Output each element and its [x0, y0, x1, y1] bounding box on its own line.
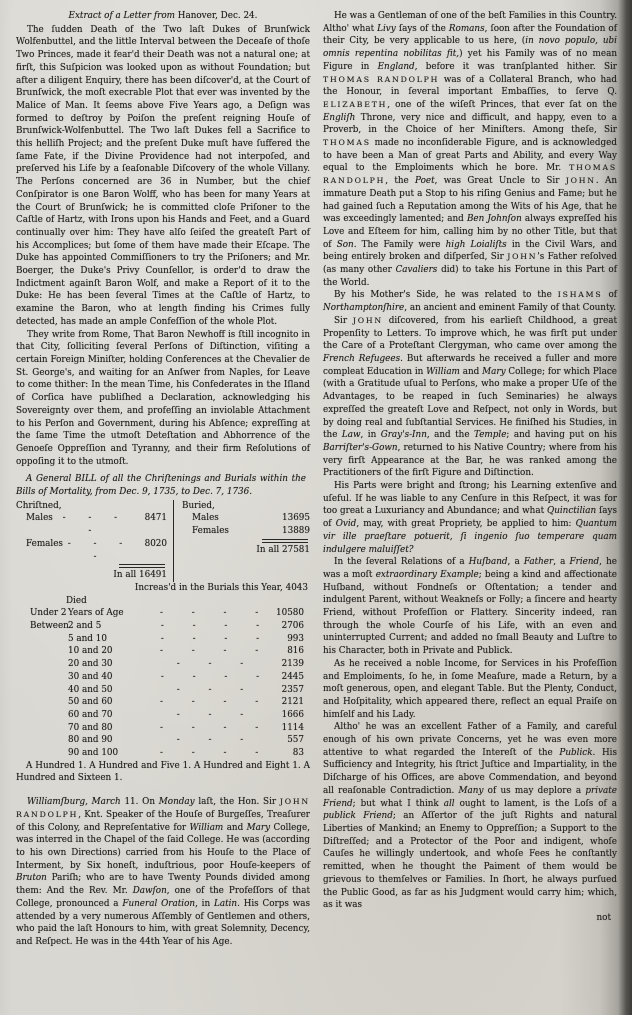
- rome-news-paragraph: They write from Rome, That Baron Newhoff…: [16, 329, 310, 469]
- table-row: Males - - - - 8471: [16, 512, 167, 537]
- page-columns: Extract of a Letter from Hanover, Dec. 2…: [16, 10, 617, 949]
- age-col1: [16, 671, 68, 684]
- row-label: Females: [16, 538, 63, 563]
- newspaper-page: Extract of a Letter from Hanover, Dec. 2…: [0, 0, 632, 1015]
- row-value: 13695: [262, 512, 310, 525]
- age-col2: 10 and 20: [68, 645, 160, 658]
- age-col1: [16, 696, 68, 709]
- table-row: Females 13889: [182, 525, 310, 538]
- died-row: 50 and 60- - - - -2121: [16, 696, 310, 709]
- catchword: not: [323, 912, 617, 925]
- williamsburg-paragraph: Williamſburg, March 11. On Monday laſt, …: [16, 796, 310, 948]
- obituary-paragraph-families: He was a Gentleman of one of the beſt Fa…: [323, 10, 617, 289]
- row-label: Males: [16, 512, 53, 537]
- row-label: Females: [182, 525, 229, 538]
- died-row: Under 2Years of Age- - - - -10580: [16, 607, 310, 620]
- row-value: 8471: [127, 512, 167, 537]
- age-col2: 2 and 5: [68, 620, 160, 633]
- obituary-paragraph-learning: His Parts were bright and ſtrong; his Le…: [323, 480, 617, 556]
- row-dashes: - - -: [160, 684, 260, 697]
- row-dashes: - - - -: [160, 633, 260, 646]
- obituary-paragraph-mothers-side: By his Mother's Side, he was related to …: [323, 289, 617, 314]
- age-col1: [16, 722, 68, 735]
- age-col1: [16, 684, 68, 697]
- right-column: He was a Gentleman of one of the beſt Fa…: [323, 10, 617, 949]
- burials-increase-line: Increas'd in the Burials this Year, 4043: [16, 582, 310, 595]
- age-col1: [16, 709, 68, 722]
- row-value: 2121: [260, 696, 310, 709]
- headline-italic-part: Extract of a Letter from: [69, 11, 178, 21]
- sum-rule: [262, 539, 308, 543]
- died-row: 5 and 10- - - -993: [16, 633, 310, 646]
- christned-label: Chriſtned,: [16, 500, 167, 513]
- row-value: 1114: [260, 722, 310, 735]
- age-col1: Between: [16, 620, 68, 633]
- age-col1: [16, 747, 68, 760]
- died-row: 30 and 40- - - -2445: [16, 671, 310, 684]
- row-value: 2357: [260, 684, 310, 697]
- row-value: 1666: [260, 709, 310, 722]
- age-col2: 90 and 100: [68, 747, 160, 760]
- row-dashes: - - - -: [53, 512, 127, 537]
- age-col2: 80 and 90: [68, 734, 160, 747]
- age-col1: [16, 645, 68, 658]
- died-row: 70 and 80- - - - -1114: [16, 722, 310, 735]
- row-value: 993: [260, 633, 310, 646]
- buried-section: Buried, Males 13695 Females 13889 In all…: [174, 500, 310, 582]
- obituary-paragraph-relations: In the ſeveral Relations of a Huſband, a…: [323, 556, 617, 658]
- christned-section: Chriſtned, Males - - - - 8471 Females - …: [16, 500, 174, 582]
- row-value: 816: [260, 645, 310, 658]
- age-col2: 50 and 60: [68, 696, 160, 709]
- row-dashes: - - - - -: [160, 747, 260, 760]
- row-value: 10580: [260, 607, 310, 620]
- headline-roman-part: Hanover, Dec. 24.: [178, 11, 258, 21]
- row-value: 2706: [260, 620, 310, 633]
- mortality-bill-heading: A General BILL of all the Chriſtenings a…: [16, 473, 310, 498]
- died-row: 90 and 100- - - - -83: [16, 747, 310, 760]
- obituary-paragraph-income: As he received a noble Income, for Servi…: [323, 658, 617, 722]
- row-dashes: - - -: [160, 709, 260, 722]
- row-spacer: [219, 512, 262, 525]
- christned-total: In all 16491: [16, 569, 167, 582]
- died-row: Between2 and 5- - - -2706: [16, 620, 310, 633]
- age-col2: Years of Age: [68, 607, 160, 620]
- row-value: 2445: [260, 671, 310, 684]
- age-col1: Under 2: [16, 607, 68, 620]
- hanover-letter-paragraph: The ſudden Death of the Two laſt Dukes o…: [16, 24, 310, 329]
- row-value: 557: [260, 734, 310, 747]
- age-col1: [16, 633, 68, 646]
- age-col2: 30 and 40: [68, 671, 160, 684]
- died-header: Died: [16, 595, 310, 608]
- row-dashes: - - - - -: [160, 607, 260, 620]
- row-spacer: [229, 525, 262, 538]
- row-dashes: - - - - -: [160, 696, 260, 709]
- row-dashes: - - - -: [63, 538, 127, 563]
- row-value: 13889: [262, 525, 310, 538]
- row-dashes: - - -: [160, 658, 260, 671]
- row-dashes: - - - - -: [160, 722, 260, 735]
- died-row: 20 and 30- - -2139: [16, 658, 310, 671]
- age-col2: 70 and 80: [68, 722, 160, 735]
- obituary-paragraph-education: Sir John diſcovered, from his earlieſt C…: [323, 315, 617, 480]
- age-col2: 20 and 30: [68, 658, 160, 671]
- age-col1: [16, 658, 68, 671]
- age-col1: [16, 734, 68, 747]
- buried-total: In all 27581: [182, 544, 310, 557]
- row-dashes: - - -: [160, 734, 260, 747]
- age-col2: 40 and 50: [68, 684, 160, 697]
- died-row: 60 and 70- - -1666: [16, 709, 310, 722]
- died-row: 40 and 50- - -2357: [16, 684, 310, 697]
- row-dashes: - - - -: [160, 620, 260, 633]
- buried-label: Buried,: [182, 500, 310, 513]
- row-value: 2139: [260, 658, 310, 671]
- centenarians-line: A Hundred 1. A Hundred and Five 1. A Hun…: [16, 760, 310, 785]
- died-row: 10 and 20- - - - - -816: [16, 645, 310, 658]
- christenings-burials-table: Chriſtned, Males - - - - 8471 Females - …: [16, 500, 310, 582]
- obituary-paragraph-publick: Altho' he was an excellent Father of a F…: [323, 721, 617, 912]
- table-row: Males 13695: [182, 512, 310, 525]
- died-table: Died Under 2Years of Age- - - - -10580 B…: [16, 595, 310, 760]
- died-row: 80 and 90- - -557: [16, 734, 310, 747]
- row-value: 8020: [127, 538, 167, 563]
- row-dashes: - - - -: [160, 671, 260, 684]
- left-column: Extract of a Letter from Hanover, Dec. 2…: [16, 10, 310, 949]
- age-col2: 5 and 10: [68, 633, 160, 646]
- age-col2: 60 and 70: [68, 709, 160, 722]
- row-label: Males: [182, 512, 219, 525]
- row-value: 83: [260, 747, 310, 760]
- table-row: Females - - - - 8020: [16, 538, 167, 563]
- letter-headline: Extract of a Letter from Hanover, Dec. 2…: [16, 10, 310, 23]
- row-dashes: - - - - - -: [160, 645, 260, 658]
- sum-rule: [119, 564, 165, 568]
